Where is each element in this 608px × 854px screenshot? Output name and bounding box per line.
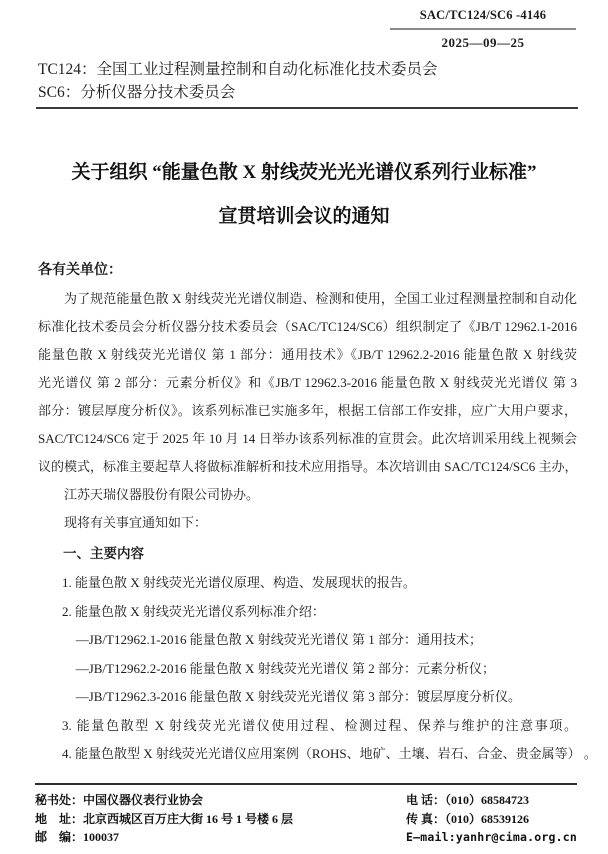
document-page: SAC/TC124/SC6 -4146 2025—09—25 TC124：全国工…	[0, 0, 608, 854]
paragraph-line: 议的模式，标准主要起草人将做标准解析和技术应用指导。本次培训由 SAC/TC12…	[38, 453, 577, 481]
org-line-sc6: SC6：分析仪器分技术委员会	[38, 81, 578, 104]
list-item-1: 1. 能量色散 X 射线荧光光谱仪原理、构造、发展现状的报告。	[38, 569, 577, 598]
paragraph-line: 江苏天瑞仪器股份有限公司协办。	[38, 481, 577, 509]
standard-line-1: —JB/T12962.1-2016 能量色散 X 射线荧光光谱仪 第 1 部分：…	[38, 626, 577, 655]
standard-line-2: —JB/T12962.2-2016 能量色散 X 射线荧光光谱仪 第 2 部分：…	[38, 655, 577, 684]
footer: 秘书处：中国仪器仪表行业协会 地 址：北京西城区百万庄大街 16 号 1 号楼 …	[35, 783, 577, 847]
body-paragraph: 为了规范能量色散 X 射线荧光光谱仪制造、检测和使用，全国工业过程测量控制和自动…	[38, 285, 577, 509]
footer-right-column: 电 话：（010）68584723 传 真：（010）68539126 E—ma…	[406, 791, 577, 847]
org-line-tc124: TC124：全国工业过程测量控制和自动化标准化技术委员会	[38, 58, 578, 81]
section-heading: 一、主要内容	[38, 539, 577, 569]
list-item-2: 2. 能量色散 X 射线荧光光谱仪系列标准介绍：	[38, 598, 577, 627]
doc-title-line1: 关于组织 “能量色散 X 射线荧光光光谱仪系列行业标准”	[0, 151, 608, 195]
doc-date: 2025—09—25	[390, 35, 576, 51]
standard-line-3: —JB/T12962.3-2016 能量色散 X 射线荧光光谱仪 第 3 部分：…	[38, 683, 577, 712]
footer-email: E—mail:yanhr@cima.org.cn	[406, 828, 577, 847]
paragraph-line: 为了规范能量色散 X 射线荧光光谱仪制造、检测和使用，全国工业过程测量控制和自动…	[38, 285, 577, 313]
list-item-3: 3. 能量色散型 X 射线荧光光谱仪使用过程、检测过程、保养与维护的注意事项。	[38, 712, 577, 741]
footer-left-column: 秘书处：中国仪器仪表行业协会 地 址：北京西城区百万庄大街 16 号 1 号楼 …	[35, 791, 293, 847]
footer-fax: 传 真：（010）68539126	[406, 810, 577, 829]
header-rule	[36, 107, 578, 109]
footer-postcode: 邮 编：100037	[35, 828, 293, 847]
doc-number-block: SAC/TC124/SC6 -4146 2025—09—25	[390, 7, 576, 51]
doc-title-line2: 宣贯培训会议的通知	[0, 195, 608, 239]
paragraph-line: 能量色散 X 射线荧光光谱仪 第 1 部分：通用技术》《JB/T 12962.2…	[38, 341, 577, 369]
paragraph-line: 部分：镀层厚度分析仪》。该系列标准已实施多年，根据工信部工作安排，应广大用户要求…	[38, 397, 577, 425]
notice-intro: 现将有关事宜通知如下：	[38, 509, 577, 537]
paragraph-line: 光光谱仪 第 2 部分：元素分析仪》和《JB/T 12962.3-2016 能量…	[38, 369, 577, 397]
doc-number: SAC/TC124/SC6 -4146	[390, 7, 576, 23]
footer-rule	[35, 783, 577, 785]
footer-secretariat: 秘书处：中国仪器仪表行业协会	[35, 791, 293, 810]
footer-address: 地 址：北京西城区百万庄大街 16 号 1 号楼 6 层	[35, 810, 293, 829]
paragraph-line: 标准化技术委员会分析仪器分技术委员会（SAC/TC124/SC6）组织制定了《J…	[38, 313, 577, 341]
paragraph-line: SAC/TC124/SC6 定于 2025 年 10 月 14 日举办该系列标准…	[38, 425, 577, 453]
greeting: 各有关单位：	[38, 261, 570, 281]
footer-phone: 电 话：（010）68584723	[406, 791, 577, 810]
doc-title: 关于组织 “能量色散 X 射线荧光光光谱仪系列行业标准” 宣贯培训会议的通知	[0, 151, 608, 239]
doc-number-divider	[390, 28, 576, 30]
content-list: 1. 能量色散 X 射线荧光光谱仪原理、构造、发展现状的报告。 2. 能量色散 …	[38, 569, 577, 769]
list-item-4: 4. 能量色散型 X 射线荧光光谱仪应用案例（ROHS、地矿、土壤、岩石、合金、…	[38, 740, 577, 769]
